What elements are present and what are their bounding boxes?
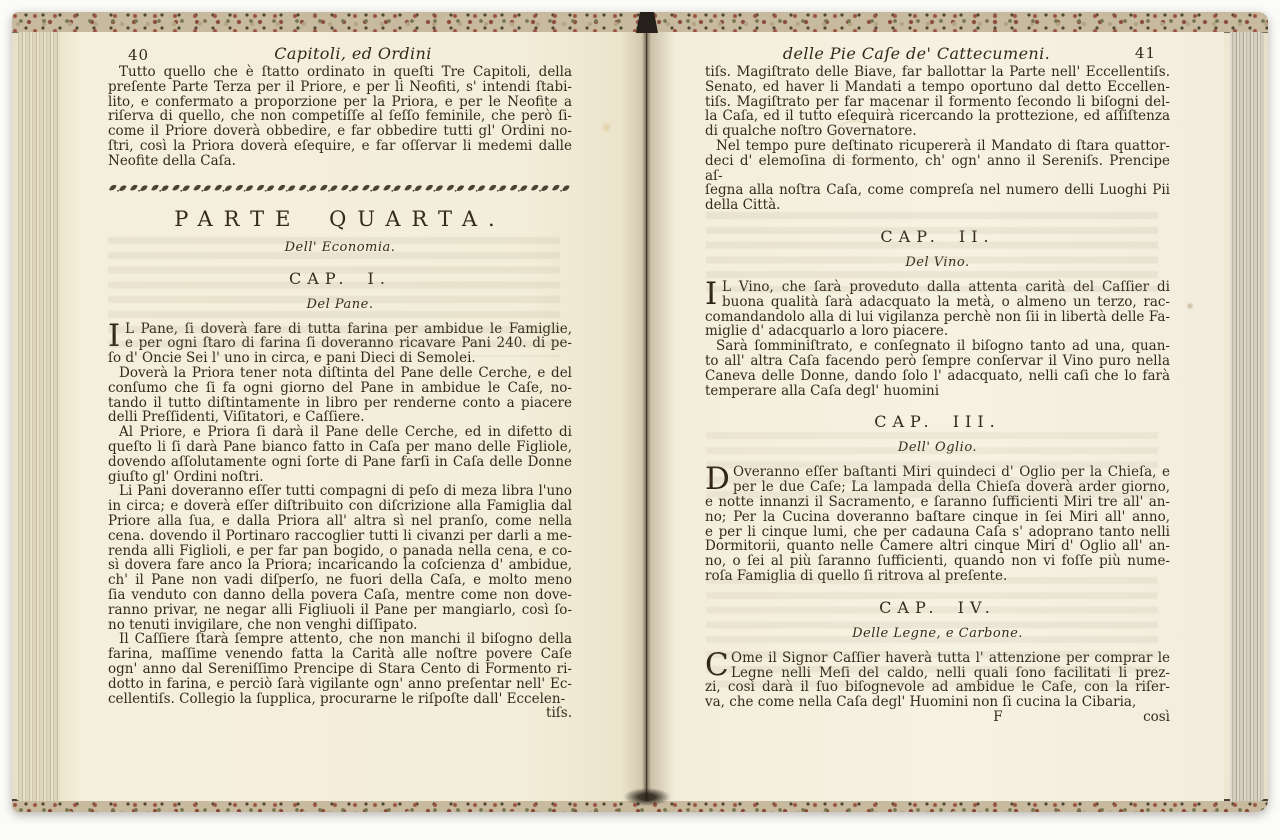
text-line: no, o ſei al più ſaranno ſufficienti, qu… (705, 554, 1170, 569)
right-page-header: delle Pie Caſe de' Cattecumeni. 41 (705, 44, 1170, 63)
chapter-subtitle: Del Pane. (108, 297, 572, 312)
text-line: Neofite della Caſa. (108, 154, 572, 169)
page-edges-right (1230, 32, 1264, 801)
text-line: come il Priore doverà obbedire, e far ob… (108, 124, 572, 139)
text-line: zi, così darà il ſuo biſognevole ad ambi… (705, 680, 1170, 695)
gutter-shadow (642, 32, 651, 801)
chapter-heading: CAP. III. (705, 413, 1170, 431)
text-line: Nel tempo pure deſtinato ricupererà il M… (705, 139, 1170, 154)
paragraph: Al Priore, e Priora ſi darà il Pane dell… (108, 425, 572, 484)
text-line: ch' il Pane non vadi diſperſo, ne fuori … (108, 573, 572, 588)
text-line: renda alli Figlioli, e per far pan bogid… (108, 544, 572, 559)
text-line: conſumo che ſi fa ogni giorno del Pane i… (108, 381, 572, 396)
text-line: Senato, ed haver li Mandati a tempo opor… (705, 80, 1170, 95)
text-line: no; Per la Cucina doveranno baſtare cinq… (705, 510, 1170, 525)
text-line: cena. dovendo il Portinaro raccoglier tu… (108, 529, 572, 544)
paragraph: Sarà ſomminiſtrato, e conſegnato il biſo… (705, 339, 1170, 398)
text-line: la Caſa, ed il tutto eſequirà ricercando… (705, 109, 1170, 124)
paragraph: tiſs. Magiſtrato delle Biave, far ballot… (705, 65, 1170, 139)
text-line: tiſs. Magiſtrato delle Biave, far ballot… (705, 65, 1170, 80)
text-line: preſente Parte Terza per il Priore, e pe… (108, 80, 572, 95)
text-line: cellentiſs. Collegio la ſupplica, procur… (108, 692, 572, 707)
page-edges-left (16, 32, 60, 801)
text-line: in circa; e doverà eſſer diſtribuito con… (108, 499, 572, 514)
text-line: dovendo aſſolutamente ogni ſorte di Pane… (108, 455, 572, 470)
signature-line: Fcosì (705, 710, 1170, 725)
part-heading: PARTE QUARTA. (108, 207, 572, 231)
text-line: Li Pani doveranno eſſer tutti compagni d… (108, 484, 572, 499)
text-line: e per ogni ſtaro di farina ſi doveranno … (108, 336, 572, 351)
text-line: L Vino, che ſarà proveduto dalla attenta… (705, 280, 1170, 295)
text-line: ſia venduto con danno della povera Caſa,… (108, 588, 572, 603)
paragraph: Tutto quello che è ſtatto ordinato in qu… (108, 65, 572, 169)
text-line: queſto li ſi darà Pane bianco fatto in C… (108, 440, 572, 455)
right-page: delle Pie Caſe de' Cattecumeni. 41 tiſs.… (646, 32, 1224, 801)
text-line: ogn' anno dal Sereniſſimo Prencipe di St… (108, 662, 572, 677)
text-line: riſerva di quello, che non competiſſe al… (108, 109, 572, 124)
paragraph: Nel tempo pure deſtinato ricupererà il M… (705, 139, 1170, 213)
paragraph: IL Vino, che ſarà proveduto dalla attent… (705, 280, 1170, 339)
text-line: miglie d' adacquarlo a loro piacere. (705, 324, 1170, 339)
text-line: L Pane, ſi doverà fare di tutta farina p… (108, 322, 572, 337)
text-line: dotto in farina, e perciò ſarà vigilante… (108, 677, 572, 692)
drop-cap: I (108, 323, 120, 350)
text-line: va, che come nella Caſa degl' Huomini no… (705, 695, 1170, 710)
text-line: roſa Famiglia di quello ſi ritrova al pr… (705, 569, 1170, 584)
catchword: tiſs. (546, 706, 572, 721)
ornament-band (108, 181, 572, 194)
chapter-subtitle: Dell' Economia. (108, 240, 572, 255)
paragraph: Li Pani doveranno eſſer tutti compagni d… (108, 484, 572, 632)
text-line: Al Priore, e Priora ſi darà il Pane dell… (108, 425, 572, 440)
text-line: di qualche noſtro Governatore. (705, 124, 1170, 139)
text-line: ſo d' Oncie Sei l' uno in circa, e pani … (108, 351, 572, 366)
text-line: Tutto quello che è ſtatto ordinato in qu… (108, 65, 572, 80)
text-line: ſegna alla noſtra Caſa, come compreſa ne… (705, 183, 1170, 198)
text-line: delli Preſſidenti, Viſitatori, e Caſſier… (108, 410, 572, 425)
chapter-subtitle: Del Vino. (705, 255, 1170, 270)
text-line: per le due Caſe; La lampada della Chieſa… (705, 480, 1170, 495)
right-page-body: tiſs. Magiſtrato delle Biave, far ballot… (705, 65, 1170, 725)
text-line: e notte innanzi il Sacramento, e ſaranno… (705, 495, 1170, 510)
signature-mark: F (993, 710, 1002, 725)
text-line: Doverà la Priora tener nota diſtinta del… (108, 366, 572, 381)
paragraph: COme il Signor Caſſier haverà tutta l' a… (705, 651, 1170, 710)
text-line: Sarà ſomminiſtrato, e conſegnato il biſo… (705, 339, 1170, 354)
page-number-right: 41 (1135, 44, 1156, 62)
running-header-left: Capitoli, ed Ordini (108, 44, 572, 63)
text-line: to all' altra Caſa facendo però ſempre c… (705, 354, 1170, 369)
text-line: della Città. (705, 198, 1170, 213)
paragraph: IL Pane, ſi doverà fare di tutta farina … (108, 322, 572, 366)
gutter-bottom-shadow (624, 788, 670, 806)
paragraph: DOveranno eſſer baſtanti Miri quindeci d… (705, 465, 1170, 583)
page-number-left: 40 (128, 46, 149, 64)
book: 40 Capitoli, ed Ordini Tutto quello che … (12, 12, 1268, 812)
catchword: così (1143, 710, 1170, 725)
text-line: comandandolo alla di lui vigilanza perch… (705, 310, 1170, 325)
text-line: giuſto gl' Ordini noſtri. (108, 470, 572, 485)
signature-line: tiſs. (108, 706, 572, 721)
text-line: temperare alla Caſa degl' huomini (705, 384, 1170, 399)
text-line: ſtri, così la Priora doverà eſequire, e … (108, 139, 572, 154)
paragraph: Il Caſſiere ſtarà ſempre attento, che no… (108, 632, 572, 706)
drop-cap: I (705, 281, 717, 308)
text-line: Il Caſſiere ſtarà ſempre attento, che no… (108, 632, 572, 647)
chapter-heading: CAP. IV. (705, 599, 1170, 617)
text-line: buona qualità ſarà adacquato la metà, o … (705, 295, 1170, 310)
text-line: Ome il Signor Caſſier haverà tutta l' at… (705, 651, 1170, 666)
chapter-heading: CAP. I. (108, 270, 572, 288)
text-line: farina, maſſime venendo fatta la Carità … (108, 647, 572, 662)
text-line: tiſs. Magiſtrato per far macenar il form… (705, 95, 1170, 110)
text-line: Legne nelli Meſi del caldo, nelli quali … (705, 666, 1170, 681)
drop-cap: C (705, 652, 729, 679)
text-line: tando il tutto diſtintamente in libro pe… (108, 396, 572, 411)
text-line: lito, e confermato a proporzione per la … (108, 95, 572, 110)
text-line: sì dovera fare anco la Priora; incarican… (108, 558, 572, 573)
left-text-block: 40 Capitoli, ed Ordini Tutto quello che … (108, 44, 572, 721)
right-text-block: delle Pie Caſe de' Cattecumeni. 41 tiſs.… (705, 44, 1170, 725)
left-page-body: Tutto quello che è ſtatto ordinato in qu… (108, 65, 572, 721)
text-line: Priore alla ſua, e dalla Priora all' alt… (108, 514, 572, 529)
chapter-subtitle: Dell' Oglio. (705, 440, 1170, 455)
running-header-right: delle Pie Caſe de' Cattecumeni. (705, 44, 1170, 63)
text-line: Overanno eſſer baſtanti Miri quindeci d'… (705, 465, 1170, 480)
chapter-heading: CAP. II. (705, 228, 1170, 246)
text-line: deci d' elemoſina di formento, ch' ogn' … (705, 154, 1170, 184)
text-line: Dormitorii, quanto nelle Camere altri ci… (705, 539, 1170, 554)
paragraph: Doverà la Priora tener nota diſtinta del… (108, 366, 572, 425)
drop-cap: D (705, 466, 730, 493)
left-page: 40 Capitoli, ed Ordini Tutto quello che … (60, 32, 646, 801)
text-line: no tenuti invigilare, che non venghi diſ… (108, 618, 572, 633)
foxing-stain (600, 122, 613, 133)
text-line: e per li cinque lumi, che per cadauna Ca… (705, 525, 1170, 540)
text-line: Caneva delle Donne, dando ſolo l' adacqu… (705, 369, 1170, 384)
left-page-header: 40 Capitoli, ed Ordini (108, 44, 572, 63)
foxing-stain (1186, 302, 1194, 310)
chapter-subtitle: Delle Legne, e Carbone. (705, 626, 1170, 641)
text-line: ranno privar, ne negar alli Figliuoli il… (108, 603, 572, 618)
